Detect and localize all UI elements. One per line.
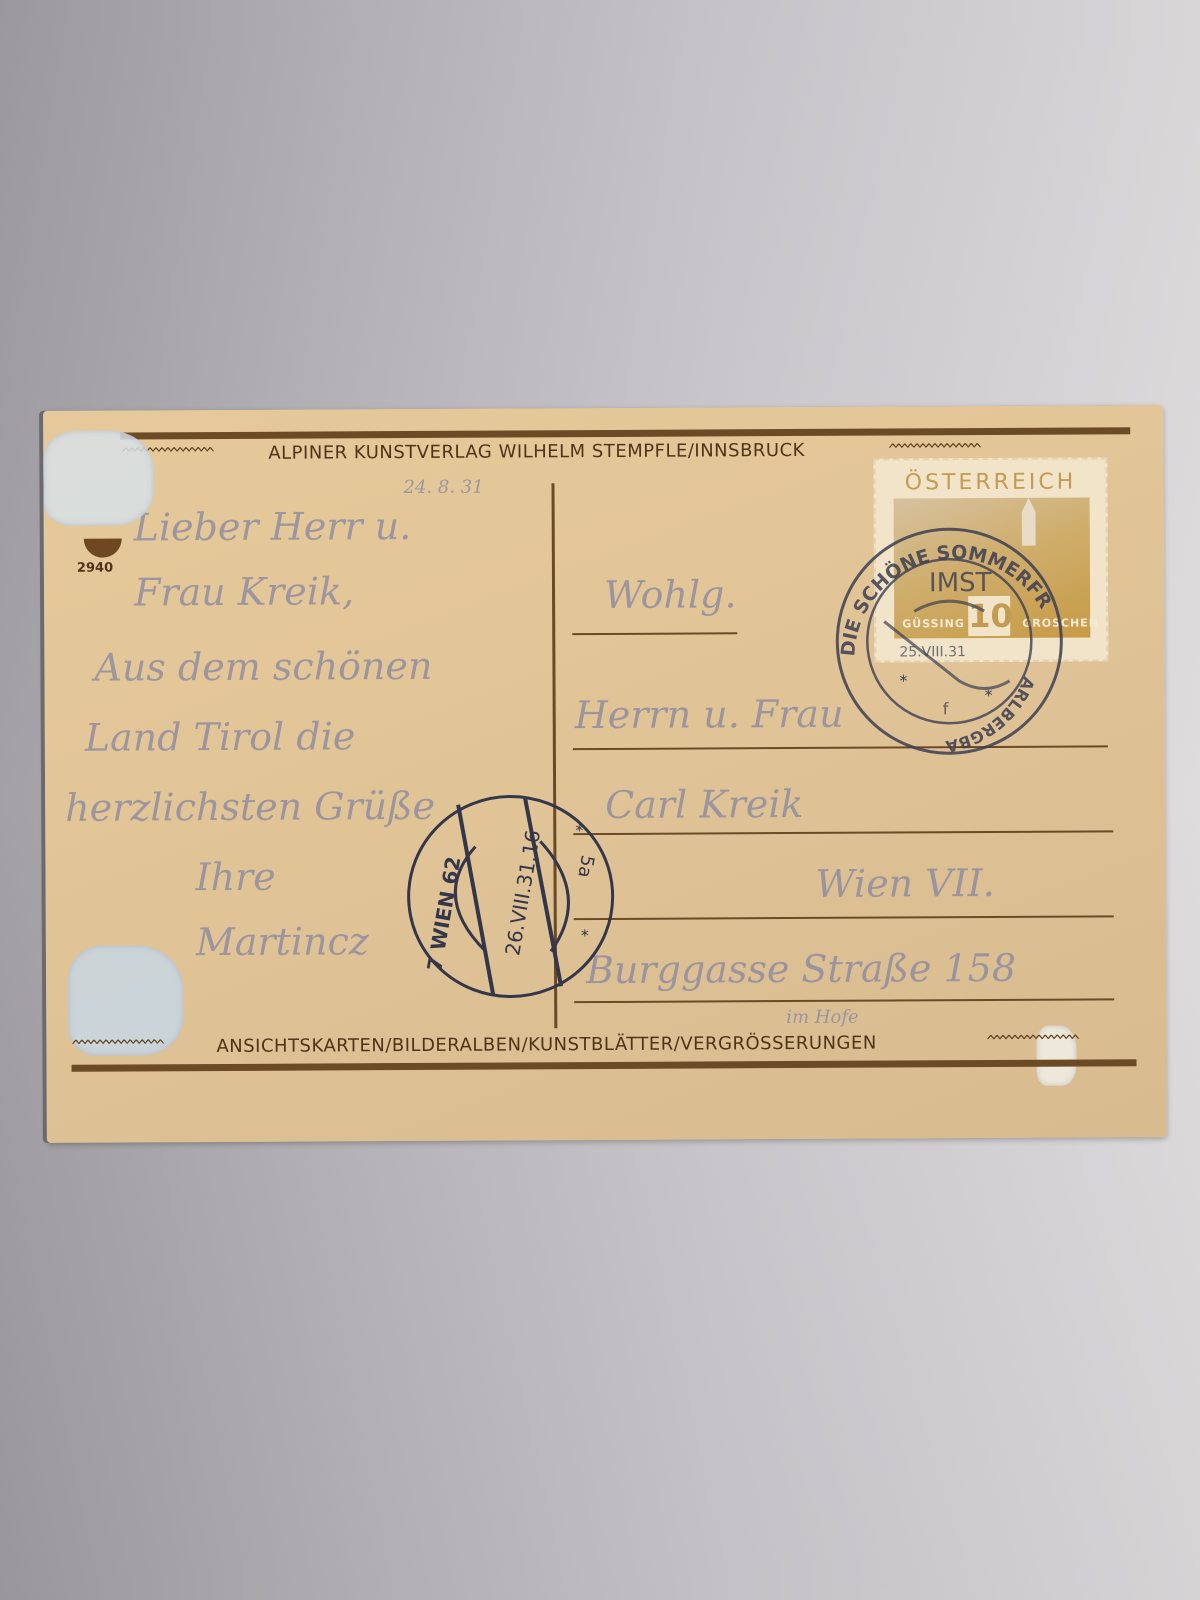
publisher-logo-icon — [84, 539, 122, 558]
svg-text:*: * — [581, 926, 589, 945]
imst-letter: f — [943, 699, 949, 718]
address-line-3 — [573, 830, 1113, 835]
message-line-5: herzlichsten Grüße — [65, 784, 435, 830]
message-line-3: Aus dem schönen — [94, 644, 432, 690]
address-line-4 — [574, 915, 1114, 920]
address-city: Wien VII. — [815, 861, 994, 906]
catalog-number: 2940 — [77, 561, 113, 576]
wien-date: 26.VIII.31.16 — [500, 828, 545, 957]
address-street: Burggasse Straße 158 — [586, 946, 1016, 992]
footer-rule — [72, 1059, 1137, 1072]
imst-postmark: DIE SCHÖNE SOMMERFRISCHE ARLBERGBAHN IMS… — [824, 516, 1075, 767]
zigzag-ornament-left-bottom: ^^^^^^^^^^^^^^^ — [71, 1038, 211, 1053]
address-line-5 — [574, 998, 1114, 1003]
message-line-2: Frau Kreik, — [134, 569, 354, 614]
wien-postmark: 7 WIEN 62 26.VIII.31.16 5a * * — [400, 786, 621, 1007]
message-line-6: Ihre — [195, 855, 275, 899]
publisher-header: ALPINER KUNSTVERLAG WILHELM STEMPFLE/INN… — [268, 440, 805, 464]
message-date: 24. 8. 31 — [403, 477, 483, 498]
svg-text:*: * — [899, 671, 907, 690]
header-rule — [120, 427, 1130, 439]
wien-code: 5a — [573, 853, 597, 879]
address-salutation: Wohlg. — [604, 572, 737, 617]
address-recipient-title: Herrn u. Frau — [575, 692, 844, 737]
address-recipient-name: Carl Kreik — [605, 782, 804, 827]
message-signature: Martincz — [196, 919, 369, 964]
publisher-footer: ANSICHTSKARTEN/BILDERALBEN/KUNSTBLÄTTER/… — [216, 1033, 877, 1057]
postcard: ^^^^^^^^^^^^^^^ ALPINER KUNSTVERLAG WILH… — [43, 405, 1167, 1143]
address-note: im Hofe — [786, 1007, 859, 1028]
address-line-1 — [572, 632, 737, 635]
tape-remnant-top-left — [43, 430, 153, 526]
svg-text:*: * — [575, 821, 583, 840]
stamp-country: ÖSTERREICH — [885, 469, 1095, 495]
message-line-4: Land Tirol die — [85, 714, 356, 759]
zigzag-ornament-right-top: ^^^^^^^^^^^^^^^ — [888, 441, 1128, 456]
zigzag-ornament-right-bottom: ^^^^^^^^^^^^^^^ — [986, 1033, 1126, 1048]
imst-center-text: IMST — [929, 568, 992, 598]
message-line-1: Lieber Herr u. — [134, 504, 412, 549]
